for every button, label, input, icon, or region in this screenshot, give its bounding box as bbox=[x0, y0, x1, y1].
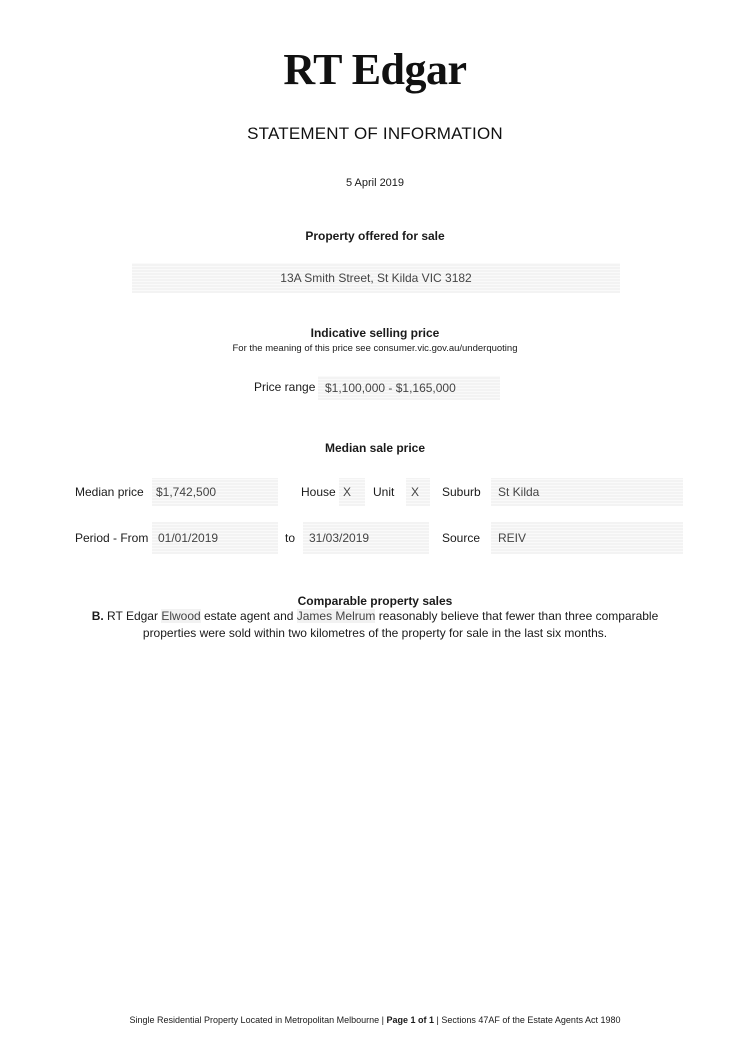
price-range-field[interactable]: $1,100,000 - $1,165,000 bbox=[318, 376, 500, 400]
page-number: Page 1 of 1 bbox=[386, 1015, 434, 1025]
comparable-line-1: B. RT Edgar Elwood estate agent and Jame… bbox=[0, 608, 750, 625]
agent-name-field[interactable]: James Melrum bbox=[297, 609, 376, 623]
house-checkbox-field[interactable]: X bbox=[339, 478, 365, 506]
unit-label: Unit bbox=[373, 485, 394, 499]
median-price-label: Median price bbox=[75, 485, 144, 499]
company-logo: RT Edgar bbox=[0, 44, 750, 95]
price-range-label: Price range bbox=[254, 380, 315, 394]
option-marker: B. bbox=[92, 609, 104, 623]
comparable-heading: Comparable property sales bbox=[0, 594, 750, 608]
unit-checkbox-field[interactable]: X bbox=[406, 478, 430, 506]
source-label: Source bbox=[442, 531, 480, 545]
period-to-label: to bbox=[285, 531, 295, 545]
median-heading: Median sale price bbox=[0, 441, 750, 455]
text-segment: estate agent and bbox=[201, 609, 297, 623]
office-field[interactable]: Elwood bbox=[161, 609, 200, 623]
underquoting-note: For the meaning of this price see consum… bbox=[0, 343, 750, 354]
page-footer: Single Residential Property Located in M… bbox=[0, 1015, 750, 1025]
text-segment: RT Edgar bbox=[104, 609, 162, 623]
comparable-line-2: properties were sold within two kilometr… bbox=[0, 625, 750, 642]
median-price-field[interactable]: $1,742,500 bbox=[152, 478, 278, 506]
comparable-statement: B. RT Edgar Elwood estate agent and Jame… bbox=[0, 608, 750, 642]
period-from-label: Period - From bbox=[75, 531, 148, 545]
period-to-field[interactable]: 31/03/2019 bbox=[303, 522, 429, 554]
property-heading: Property offered for sale bbox=[0, 229, 750, 243]
footer-left: Single Residential Property Located in M… bbox=[130, 1015, 387, 1025]
period-from-field[interactable]: 01/01/2019 bbox=[152, 522, 278, 554]
house-label: House bbox=[301, 485, 336, 499]
statement-date: 5 April 2019 bbox=[0, 177, 750, 189]
indicative-heading: Indicative selling price bbox=[0, 326, 750, 340]
suburb-label: Suburb bbox=[442, 485, 481, 499]
property-address-field[interactable]: 13A Smith Street, St Kilda VIC 3182 bbox=[132, 263, 620, 293]
document-title: STATEMENT OF INFORMATION bbox=[0, 124, 750, 144]
text-segment: reasonably believe that fewer than three… bbox=[375, 609, 658, 623]
suburb-field[interactable]: St Kilda bbox=[491, 478, 683, 506]
source-field[interactable]: REIV bbox=[491, 522, 683, 554]
footer-right: | Sections 47AF of the Estate Agents Act… bbox=[434, 1015, 620, 1025]
